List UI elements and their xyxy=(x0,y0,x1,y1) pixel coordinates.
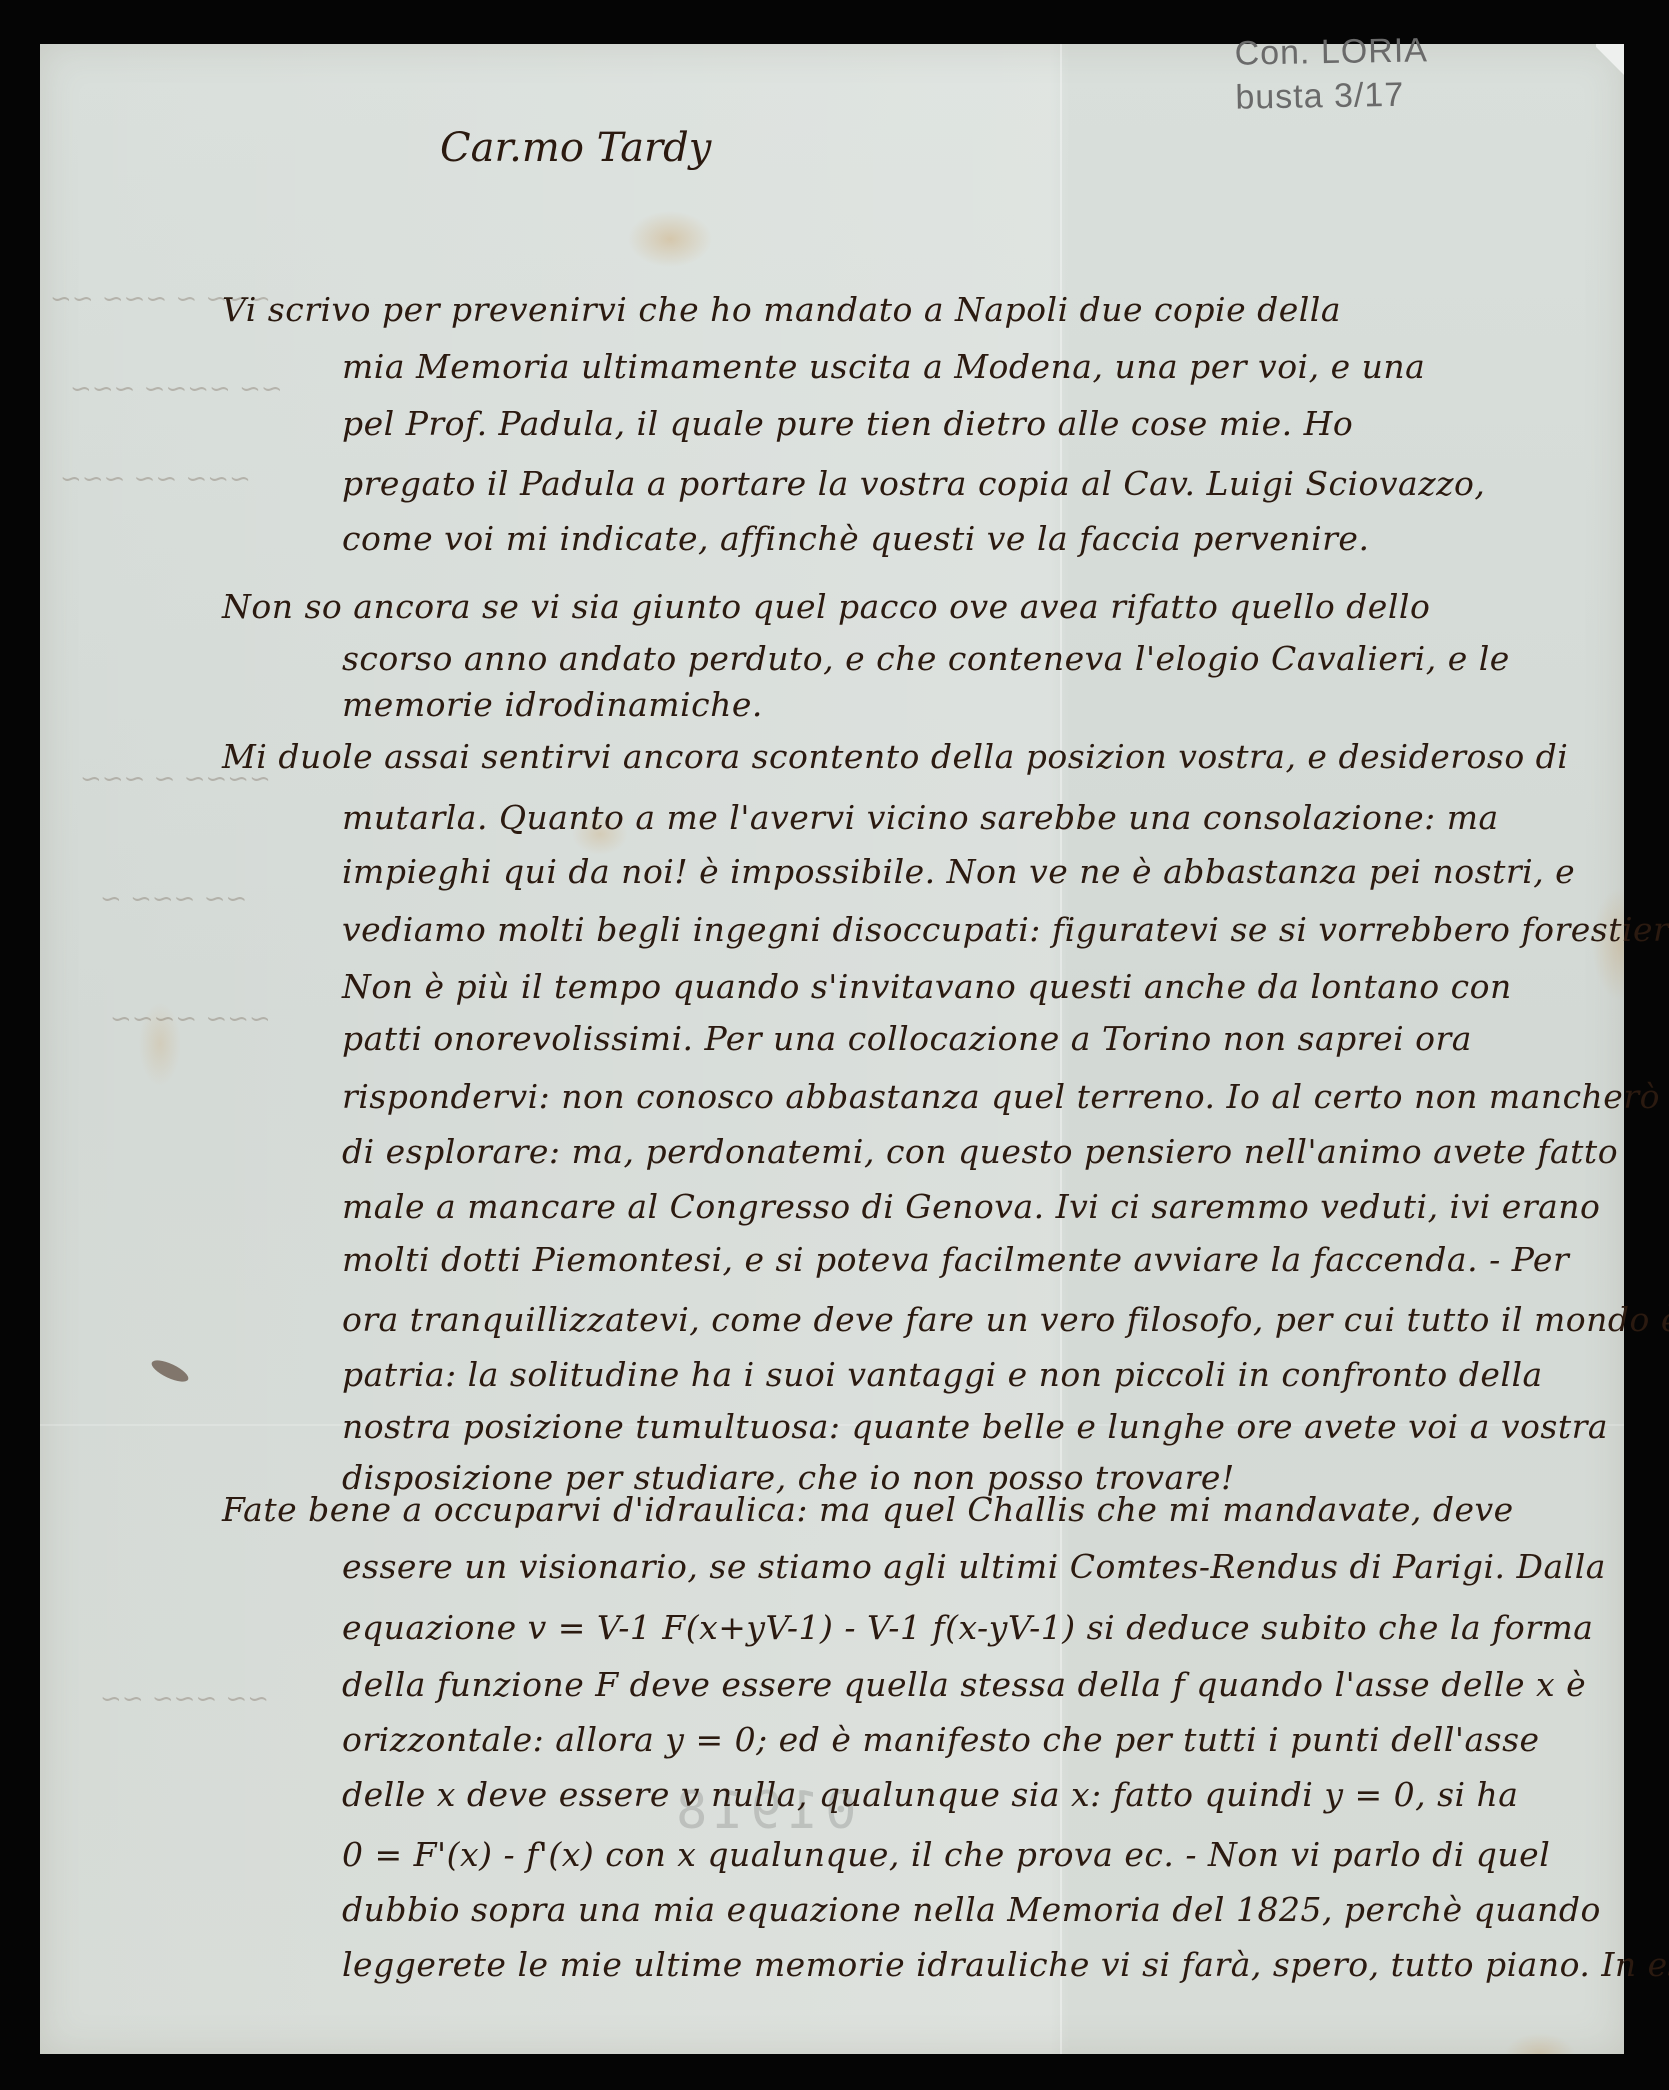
letter-line: orizzontale: allora y = 0; ed è manifest… xyxy=(342,1720,1540,1759)
letter-salutation: Car.mo Tardy xyxy=(440,125,711,171)
letter-line: Vi scrivo per prevenirvi che ho mandato … xyxy=(222,290,1341,329)
letter-line: molti dotti Piemontesi, e si poteva faci… xyxy=(342,1240,1569,1279)
bleed-through-text: ~~~ ~~ ~~~ xyxy=(60,464,251,494)
bleed-through-text: ~~ ~~~~ ~~~ xyxy=(70,374,283,404)
letter-line: Fate bene a occuparvi d'idraulica: ma qu… xyxy=(222,1490,1514,1529)
letter-line: Mi duole assai sentirvi ancora scontento… xyxy=(222,737,1568,776)
letter-line: come voi mi indicate, affinchè questi ve… xyxy=(342,519,1369,558)
letter-line: equazione v = V-1 F(x+yV-1) - V-1 f(x-yV… xyxy=(342,1608,1593,1647)
archive-pencil-note: Con. LORIA busta 3/17 xyxy=(1234,28,1429,119)
letter-line: impieghi qui da noi! è impossibile. Non … xyxy=(342,852,1575,891)
letter-line: pel Prof. Padula, il quale pure tien die… xyxy=(342,404,1353,443)
letter-line: di esplorare: ma, perdonatemi, con quest… xyxy=(342,1132,1618,1171)
letter-line: Non so ancora se vi sia giunto quel pacc… xyxy=(222,587,1430,626)
letter-line: delle x deve essere v nulla, qualunque s… xyxy=(342,1775,1518,1814)
letter-line: patria: la solitudine ha i suoi vantaggi… xyxy=(342,1355,1543,1394)
letter-line: mia Memoria ultimamente uscita a Modena,… xyxy=(342,347,1425,386)
letter-line: dubbio sopra una mia equazione nella Mem… xyxy=(342,1890,1601,1929)
letter-line: leggerete le mie ultime memorie idraulic… xyxy=(342,1945,1669,1984)
letter-line: vediamo molti begli ingegni disoccupati:… xyxy=(342,910,1669,949)
letter-line: Non è più il tempo quando s'invitavano q… xyxy=(342,967,1512,1006)
letter-line: scorso anno andato perduto, e che conten… xyxy=(342,639,1510,678)
bleed-through-text: ~~ ~~~ ~~ xyxy=(100,1684,269,1714)
letter-line: male a mancare al Congresso di Genova. I… xyxy=(342,1187,1600,1226)
letter-line: della funzione F deve essere quella stes… xyxy=(342,1665,1586,1704)
letter-line: memorie idrodinamiche. xyxy=(342,685,763,724)
bleed-through-text: ~~ ~~~ ~ xyxy=(100,884,247,914)
letter-line: patti onorevolissimi. Per una collocazio… xyxy=(342,1019,1472,1058)
letter-line: pregato il Padula a portare la vostra co… xyxy=(342,464,1485,503)
letter-line: rispondervi: non conosco abbastanza quel… xyxy=(342,1077,1660,1116)
folded-corner xyxy=(1596,44,1624,84)
bleed-through-text: ~~~ ~~~~ xyxy=(110,1004,271,1034)
letter-line: ora tranquillizzatevi, come deve fare un… xyxy=(342,1300,1669,1339)
archive-collection: Con. LORIA xyxy=(1234,28,1428,75)
letter-line: essere un visionario, se stiamo agli ult… xyxy=(342,1547,1606,1586)
letter-line: mutarla. Quanto a me l'avervi vicino sar… xyxy=(342,798,1499,837)
ink-blot xyxy=(149,1356,191,1386)
letter-line: 0 = F'(x) - f'(x) con x qualunque, il ch… xyxy=(342,1835,1550,1874)
archive-folder: busta 3/17 xyxy=(1235,72,1429,119)
letter-line: nostra posizione tumultuosa: quante bell… xyxy=(342,1407,1608,1446)
